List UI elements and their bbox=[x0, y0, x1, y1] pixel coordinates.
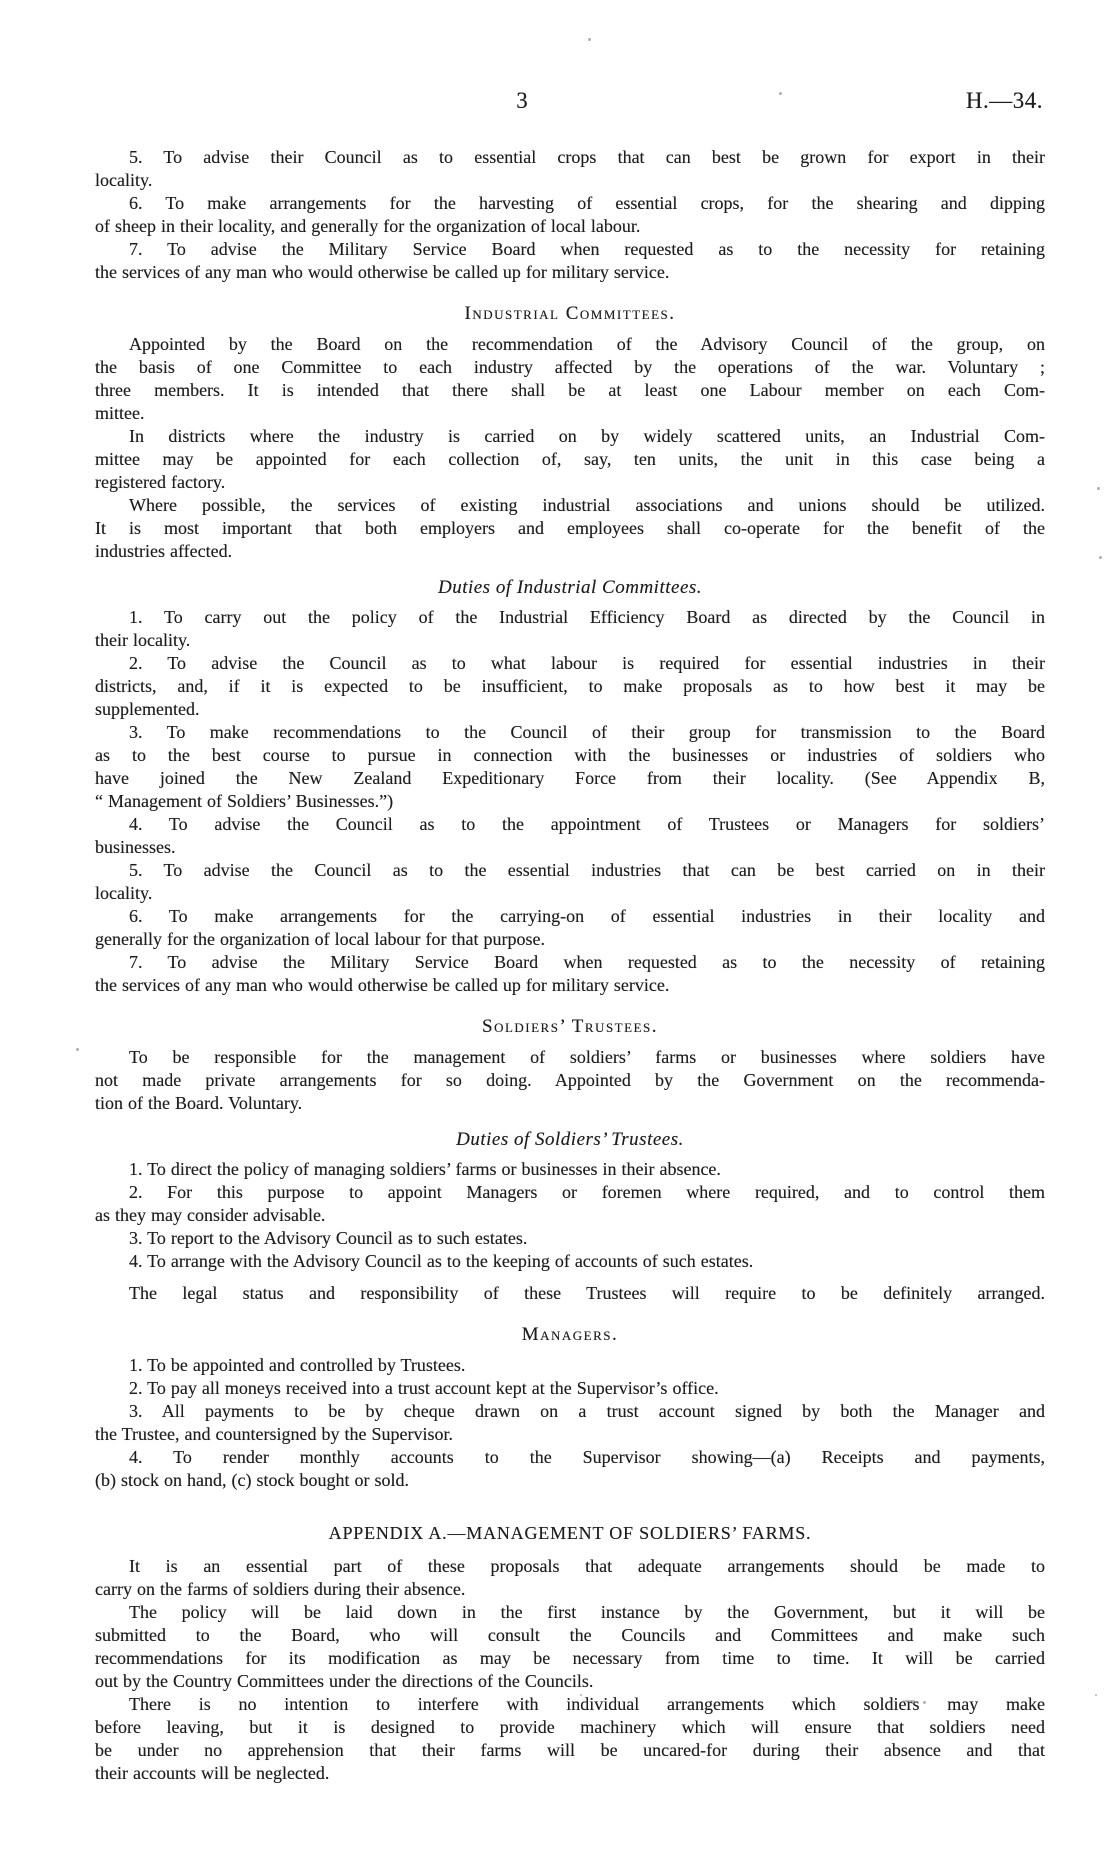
numbered-item: 5. To advise their Council as to essenti… bbox=[95, 146, 1045, 192]
text-line: have joined the New Zealand Expeditionar… bbox=[95, 767, 1045, 790]
text-line: the Trustee, and countersigned by the Su… bbox=[95, 1423, 1045, 1446]
page-number: 3 bbox=[95, 88, 950, 114]
numbered-item: 7. To advise the Military Service Board … bbox=[95, 951, 1045, 997]
numbered-item: 2. For this purpose to appoint Managers … bbox=[95, 1181, 1045, 1227]
text-line: submitted to the Board, who will consult… bbox=[95, 1624, 1045, 1647]
scan-speck bbox=[1097, 487, 1100, 490]
numbered-item: 2. To advise the Council as to what labo… bbox=[95, 652, 1045, 721]
text-line: To be responsible for the management of … bbox=[95, 1046, 1045, 1069]
text-line: not made private arrangements for so doi… bbox=[95, 1069, 1045, 1092]
text-line: 4. To advise the Council as to the appoi… bbox=[95, 813, 1045, 836]
text-line: 5. To advise the Council as to the essen… bbox=[95, 859, 1045, 882]
text-line: 1. To be appointed and controlled by Tru… bbox=[95, 1354, 1045, 1377]
page-header: 3 H.—34. bbox=[95, 88, 1045, 122]
text-line: 2. To pay all moneys received into a tru… bbox=[95, 1377, 1045, 1400]
text-line: supplemented. bbox=[95, 698, 1045, 721]
numbered-item: 3. To make recommendations to the Counci… bbox=[95, 721, 1045, 813]
text-line: businesses. bbox=[95, 836, 1045, 859]
text-line: mittee. bbox=[95, 402, 1045, 425]
text-line: generally for the organization of local … bbox=[95, 928, 1045, 951]
document-body: 5. To advise their Council as to essenti… bbox=[95, 146, 1045, 1785]
scan-speck bbox=[76, 1048, 79, 1051]
text-line: 7. To advise the Military Service Board … bbox=[95, 951, 1045, 974]
text-line: The policy will be laid down in the firs… bbox=[95, 1601, 1045, 1624]
section-heading: Industrial Committees. bbox=[95, 302, 1045, 325]
text-line: 6. To make arrangements for the carrying… bbox=[95, 905, 1045, 928]
section-heading: Managers. bbox=[95, 1323, 1045, 1346]
text-line: 2. To advise the Council as to what labo… bbox=[95, 652, 1045, 675]
text-line: 7. To advise the Military Service Board … bbox=[95, 238, 1045, 261]
numbered-item: 3. All payments to be by cheque drawn on… bbox=[95, 1400, 1045, 1446]
numbered-item: 1. To be appointed and controlled by Tru… bbox=[95, 1354, 1045, 1377]
text-line: their locality. bbox=[95, 629, 1045, 652]
scan-speck bbox=[903, 1700, 915, 1702]
paragraph: In districts where the industry is carri… bbox=[95, 425, 1045, 494]
text-line: 4. To arrange with the Advisory Council … bbox=[95, 1250, 1045, 1273]
numbered-item: 6. To make arrangements for the carrying… bbox=[95, 905, 1045, 951]
scan-speck bbox=[580, 1694, 582, 1696]
text-line: out by the Country Committees under the … bbox=[95, 1670, 1045, 1693]
text-line: Where possible, the services of existing… bbox=[95, 494, 1045, 517]
section-heading: Duties of Soldiers’ Trustees. bbox=[95, 1128, 1045, 1151]
text-line: 3. To make recommendations to the Counci… bbox=[95, 721, 1045, 744]
text-line: of sheep in their locality, and generall… bbox=[95, 215, 1045, 238]
scan-speck bbox=[1099, 556, 1102, 559]
text-line: registered factory. bbox=[95, 471, 1045, 494]
paragraph: There is no intention to interfere with … bbox=[95, 1693, 1045, 1785]
paragraph: Appointed by the Board on the recommenda… bbox=[95, 333, 1045, 425]
text-line: It is most important that both employers… bbox=[95, 517, 1045, 540]
text-line: the services of any man who would otherw… bbox=[95, 261, 1045, 284]
text-line: 2. For this purpose to appoint Managers … bbox=[95, 1181, 1045, 1204]
scan-speck bbox=[779, 92, 782, 95]
text-line: mittee may be appointed for each collect… bbox=[95, 448, 1045, 471]
text-line: 1. To carry out the policy of the Indust… bbox=[95, 606, 1045, 629]
text-line: (b) stock on hand, (c) stock bought or s… bbox=[95, 1469, 1045, 1492]
paragraph: The policy will be laid down in the firs… bbox=[95, 1601, 1045, 1693]
text-line: 3. All payments to be by cheque drawn on… bbox=[95, 1400, 1045, 1423]
numbered-item: 1. To carry out the policy of the Indust… bbox=[95, 606, 1045, 652]
text-line: locality. bbox=[95, 882, 1045, 905]
numbered-item: 4. To advise the Council as to the appoi… bbox=[95, 813, 1045, 859]
text-line: 1. To direct the policy of managing sold… bbox=[95, 1158, 1045, 1181]
paragraph: It is an essential part of these proposa… bbox=[95, 1555, 1045, 1601]
numbered-item: 4. To arrange with the Advisory Council … bbox=[95, 1250, 1045, 1273]
text-line: the basis of one Committee to each indus… bbox=[95, 356, 1045, 379]
text-line: “ Management of Soldiers’ Businesses.”) bbox=[95, 790, 1045, 813]
numbered-item: 3. To report to the Advisory Council as … bbox=[95, 1227, 1045, 1250]
text-line: In districts where the industry is carri… bbox=[95, 425, 1045, 448]
text-line: tion of the Board. Voluntary. bbox=[95, 1092, 1045, 1115]
scanned-document-page: 3 H.—34. 5. To advise their Council as t… bbox=[0, 0, 1114, 1851]
section-heading: APPENDIX A.—MANAGEMENT OF SOLDIERS’ FARM… bbox=[95, 1522, 1045, 1545]
text-line: recommendations for its modification as … bbox=[95, 1647, 1045, 1670]
text-line: 3. To report to the Advisory Council as … bbox=[95, 1227, 1045, 1250]
text-line: The legal status and responsibility of t… bbox=[95, 1282, 1045, 1305]
text-line: three members. It is intended that there… bbox=[95, 379, 1045, 402]
numbered-item: 4. To render monthly accounts to the Sup… bbox=[95, 1446, 1045, 1492]
numbered-item: 5. To advise the Council as to the essen… bbox=[95, 859, 1045, 905]
text-line: 6. To make arrangements for the harvesti… bbox=[95, 192, 1045, 215]
text-line: districts, and, if it is expected to be … bbox=[95, 675, 1045, 698]
numbered-item: 2. To pay all moneys received into a tru… bbox=[95, 1377, 1045, 1400]
numbered-item: 7. To advise the Military Service Board … bbox=[95, 238, 1045, 284]
text-line: their accounts will be neglected. bbox=[95, 1762, 1045, 1785]
text-line: Appointed by the Board on the recommenda… bbox=[95, 333, 1045, 356]
numbered-item: 6. To make arrangements for the harvesti… bbox=[95, 192, 1045, 238]
text-line: the services of any man who would otherw… bbox=[95, 974, 1045, 997]
numbered-item: 1. To direct the policy of managing sold… bbox=[95, 1158, 1045, 1181]
text-line: industries affected. bbox=[95, 540, 1045, 563]
text-line: as they may consider advisable. bbox=[95, 1204, 1045, 1227]
text-line: as to the best course to pursue in conne… bbox=[95, 744, 1045, 767]
paragraph: The legal status and responsibility of t… bbox=[95, 1282, 1045, 1305]
paragraph: To be responsible for the management of … bbox=[95, 1046, 1045, 1115]
paragraph: Where possible, the services of existing… bbox=[95, 494, 1045, 563]
section-heading: Soldiers’ Trustees. bbox=[95, 1015, 1045, 1038]
scan-speck bbox=[923, 1701, 926, 1704]
text-line: 4. To render monthly accounts to the Sup… bbox=[95, 1446, 1045, 1469]
text-line: locality. bbox=[95, 169, 1045, 192]
scan-speck bbox=[588, 38, 591, 41]
text-line: carry on the farms of soldiers during th… bbox=[95, 1578, 1045, 1601]
section-heading: Duties of Industrial Committees. bbox=[95, 576, 1045, 599]
text-line: 5. To advise their Council as to essenti… bbox=[95, 146, 1045, 169]
text-line: There is no intention to interfere with … bbox=[95, 1693, 1045, 1716]
text-line: It is an essential part of these proposa… bbox=[95, 1555, 1045, 1578]
scan-speck bbox=[1095, 1694, 1097, 1696]
document-reference: H.—34. bbox=[966, 88, 1043, 114]
text-line: be under no apprehension that their farm… bbox=[95, 1739, 1045, 1762]
text-line: before leaving, but it is designed to pr… bbox=[95, 1716, 1045, 1739]
